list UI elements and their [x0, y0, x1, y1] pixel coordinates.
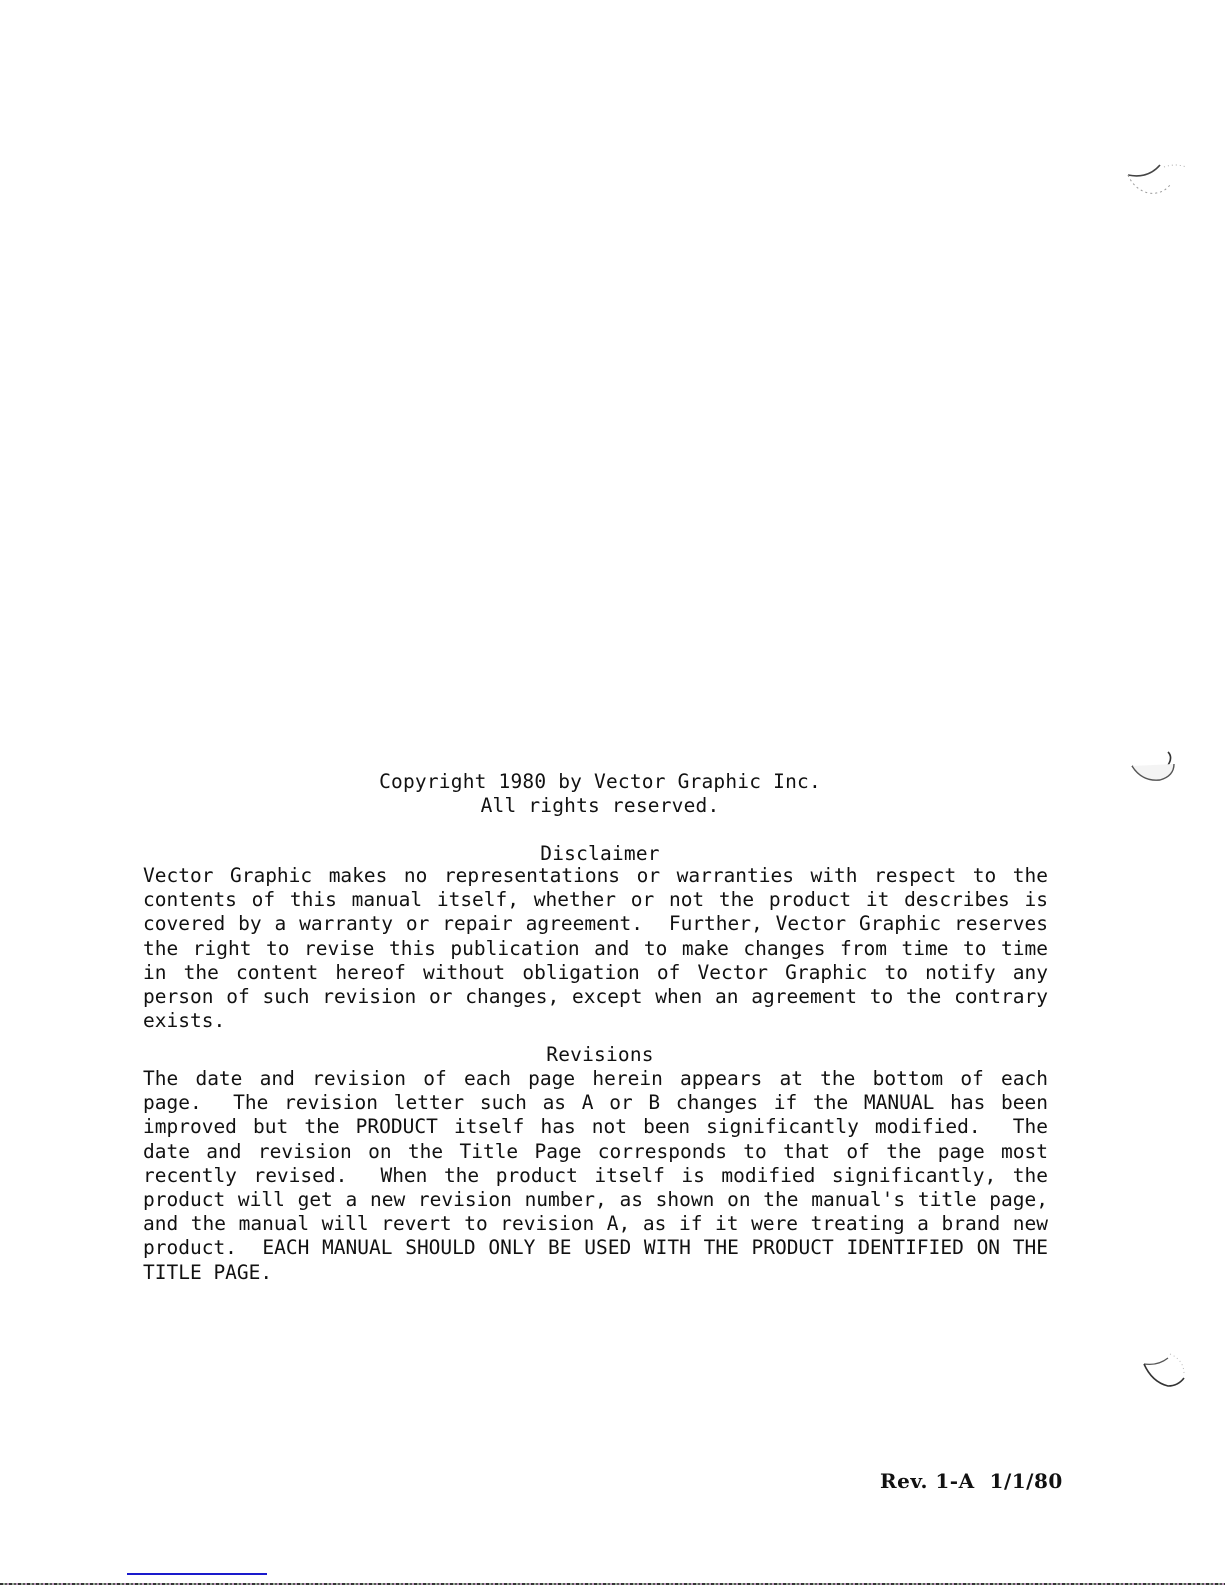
punch-hole-middle-icon: [1130, 750, 1190, 790]
revisions-line: improved but the PRODUCT itself has not …: [143, 1115, 1048, 1139]
disclaimer-line: person of such revision or changes, exce…: [143, 985, 1048, 1009]
revisions-line: product. EACH MANUAL SHOULD ONLY BE USED…: [143, 1236, 1048, 1260]
revisions-line: page. The revision letter such as A or B…: [143, 1091, 1048, 1115]
revisions-line: date and revision on the Title Page corr…: [143, 1140, 1048, 1164]
revisions-line: and the manual will revert to revision A…: [143, 1212, 1048, 1236]
revisions-line: product will get a new revision number, …: [143, 1188, 1048, 1212]
revisions-heading: Revisions: [0, 1043, 1200, 1066]
revision-footer: Rev. 1-A 1/1/80: [880, 1469, 1063, 1493]
disclaimer-paragraph: Vector Graphic makes no representations …: [143, 864, 1048, 1033]
scan-link-mark: [127, 1573, 267, 1575]
disclaimer-heading: Disclaimer: [0, 842, 1200, 865]
disclaimer-line: contents of this manual itself, whether …: [143, 888, 1048, 912]
rights-reserved-notice: All rights reserved.: [0, 794, 1200, 817]
revisions-line: The date and revision of each page herei…: [143, 1067, 1048, 1091]
disclaimer-line: the right to revise this publication and…: [143, 937, 1048, 961]
disclaimer-line: in the content hereof without obligation…: [143, 961, 1048, 985]
revisions-line: TITLE PAGE.: [143, 1261, 1048, 1285]
copyright-notice: Copyright 1980 by Vector Graphic Inc.: [0, 770, 1200, 793]
punch-hole-bottom-icon: [1140, 1350, 1200, 1395]
document-page: Copyright 1980 by Vector Graphic Inc. Al…: [0, 0, 1225, 1585]
punch-hole-top-icon: [1120, 155, 1200, 205]
disclaimer-line: exists.: [143, 1009, 1048, 1033]
revisions-paragraph: The date and revision of each page herei…: [143, 1067, 1048, 1285]
disclaimer-line: Vector Graphic makes no representations …: [143, 864, 1048, 888]
revisions-line: recently revised. When the product itsel…: [143, 1164, 1048, 1188]
disclaimer-line: covered by a warranty or repair agreemen…: [143, 912, 1048, 936]
